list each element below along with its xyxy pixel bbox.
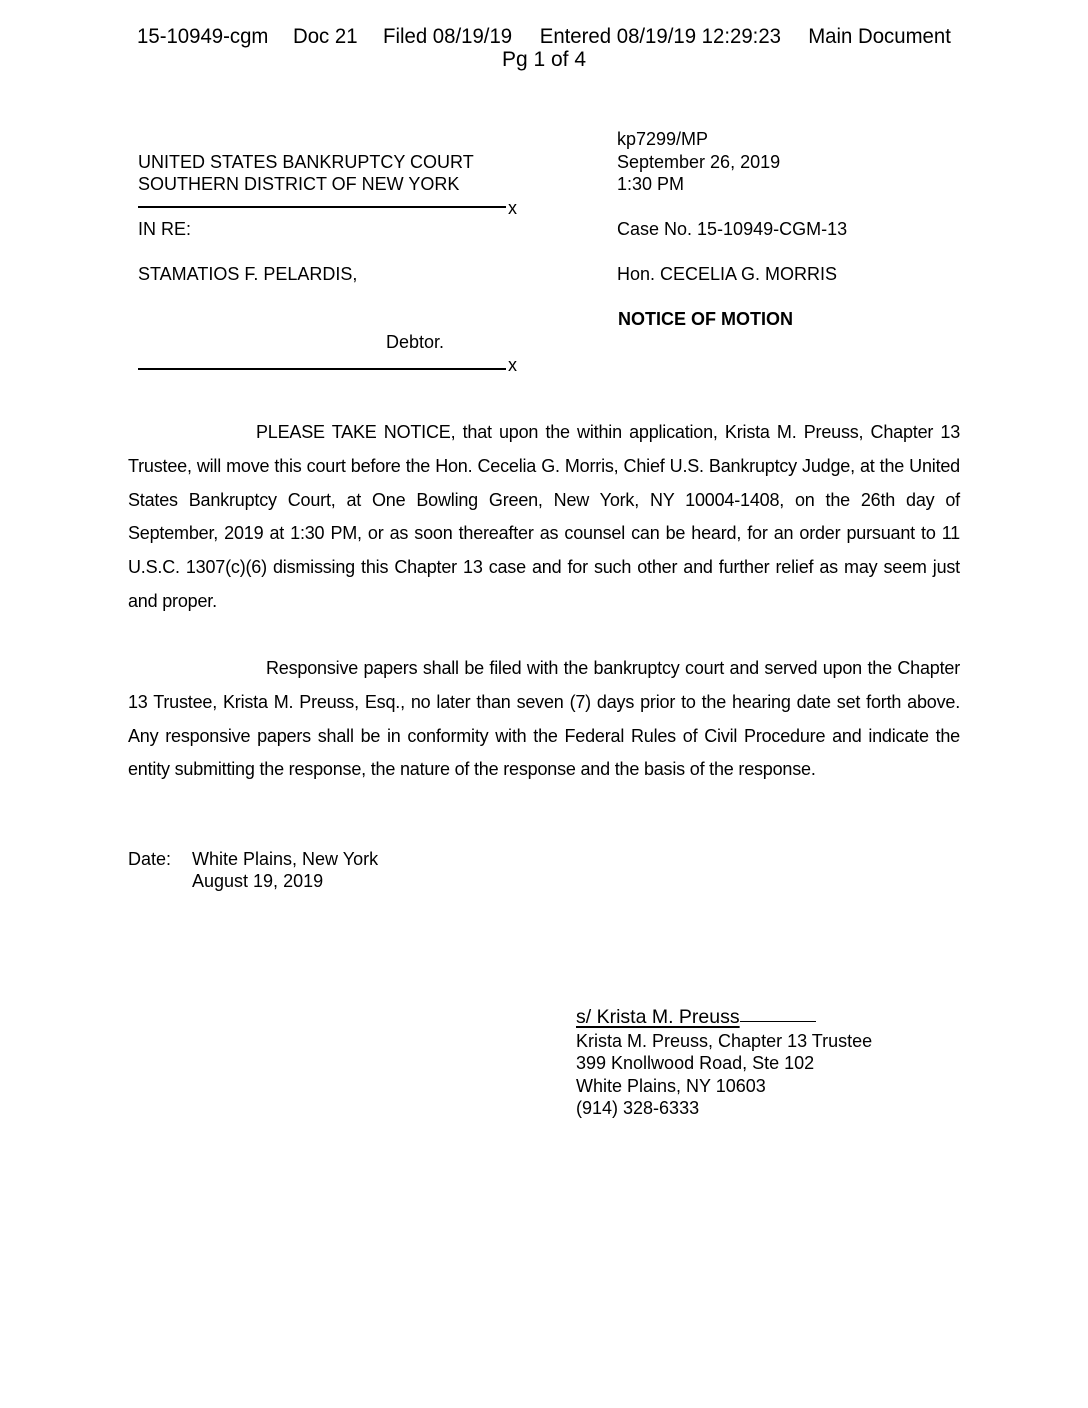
signer-address-line2: White Plains, NY 10603 [576,1075,766,1097]
signer-name-title: Krista M. Preuss, Chapter 13 Trustee [576,1030,872,1052]
notice-paragraph: PLEASE TAKE NOTICE, that upon the within… [128,416,960,619]
ecf-header: 15-10949-cgmDoc 21Filed 08/19/19Entered … [0,25,1088,48]
judge-name: Hon. CECELIA G. MORRIS [617,263,837,285]
caption-rule-top [138,206,506,208]
notice-paragraph-text: PLEASE TAKE NOTICE, that upon the within… [128,422,960,611]
date-value: August 19, 2019 [192,870,323,892]
signer-address-line1: 399 Knollwood Road, Ste 102 [576,1052,814,1074]
case-number: Case No. 15-10949-CGM-13 [617,218,847,240]
debtor-name: STAMATIOS F. PELARDIS, [138,263,357,285]
ecf-filed-date: Filed 08/19/19 [383,25,512,48]
hearing-time: 1:30 PM [617,173,684,195]
signer-phone: (914) 328-6333 [576,1097,699,1119]
ecf-case-number: 15-10949-cgm [137,25,268,48]
ecf-page-count: Pg 1 of 4 [0,48,1088,71]
date-place: White Plains, New York [192,848,378,870]
ecf-entered-date: Entered 08/19/19 12:29:23 [539,25,780,48]
document-title: NOTICE OF MOTION [618,308,793,330]
response-paragraph-text: Responsive papers shall be filed with th… [128,658,960,779]
in-re-label: IN RE: [138,218,191,240]
ecf-doc-number: Doc 21 [293,25,358,48]
date-label: Date: [128,848,171,870]
caption-rule-bottom [138,368,506,370]
caption-rule-bottom-x: x [508,356,517,374]
caption-rule-top-x: x [508,199,517,217]
signature-text: s/ Krista M. Preuss [576,1006,740,1028]
ecf-doc-type: Main Document [809,25,952,48]
response-paragraph: Responsive papers shall be filed with th… [128,652,960,787]
signature-underline [740,1021,816,1022]
court-name-line1: UNITED STATES BANKRUPTCY COURT [138,151,474,173]
reference-code: kp7299/MP [617,128,708,150]
court-name-line2: SOUTHERN DISTRICT OF NEW YORK [138,173,459,195]
signature-line: s/ Krista M. Preuss [576,1005,816,1029]
debtor-label: Debtor. [386,331,444,353]
hearing-date: September 26, 2019 [617,151,780,173]
